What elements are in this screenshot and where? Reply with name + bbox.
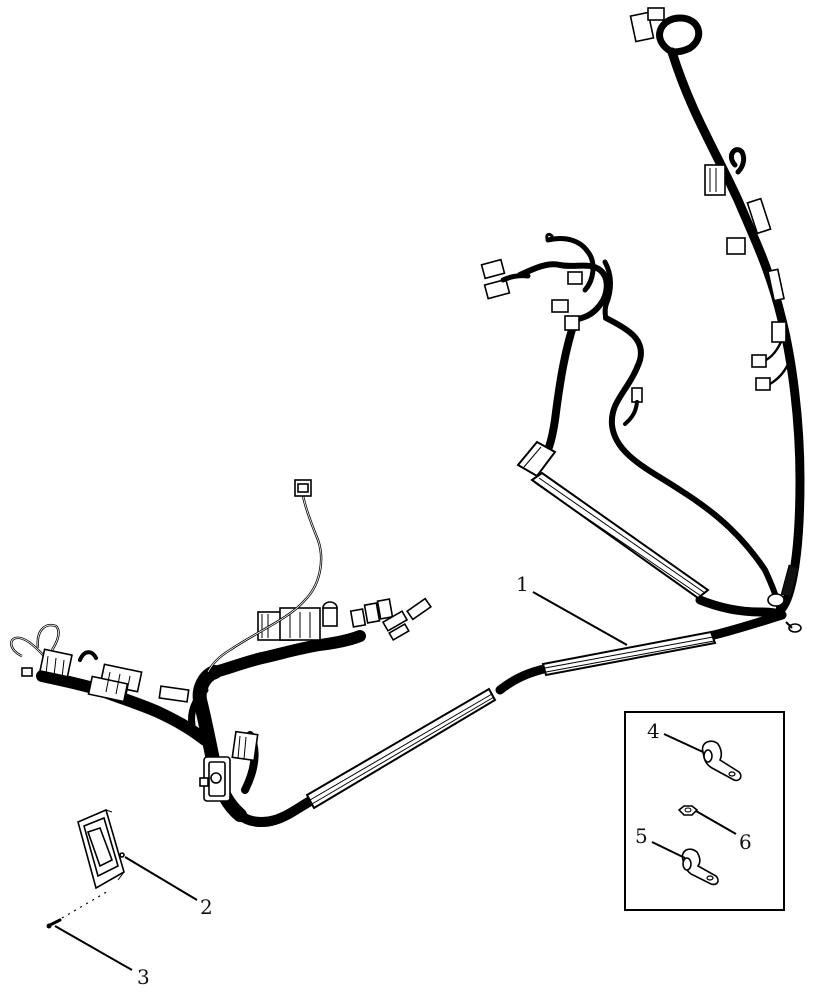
sleeve-upper: [518, 442, 708, 598]
leader-3: [55, 926, 132, 970]
callout-2[interactable]: 2: [200, 895, 213, 919]
p-clip-large: [703, 741, 741, 780]
leader-4: [664, 734, 703, 752]
connectors-upper-branch: [630, 8, 790, 390]
callout-6[interactable]: 6: [739, 830, 752, 854]
callout-1[interactable]: 1: [516, 572, 529, 596]
callout-3[interactable]: 3: [137, 965, 150, 989]
callout-4[interactable]: 4: [647, 719, 660, 743]
leader-1: [533, 592, 627, 645]
hex-nut: [679, 806, 697, 815]
leader-2: [125, 857, 197, 900]
harness-diagram: 1 2 3 4 5 6: [0, 0, 816, 1000]
leader-6: [696, 811, 736, 834]
mounting-screw: [47, 890, 111, 929]
sleeve-lower: [307, 689, 495, 808]
main-wiring-harness: [42, 18, 800, 822]
callout-5[interactable]: 5: [635, 824, 648, 848]
sleeve-middle: [543, 632, 715, 675]
p-clip-small: [682, 849, 718, 884]
connector-housing-bracket: [78, 810, 124, 888]
connectors-left-section: [11, 480, 431, 801]
leader-5: [652, 842, 685, 858]
